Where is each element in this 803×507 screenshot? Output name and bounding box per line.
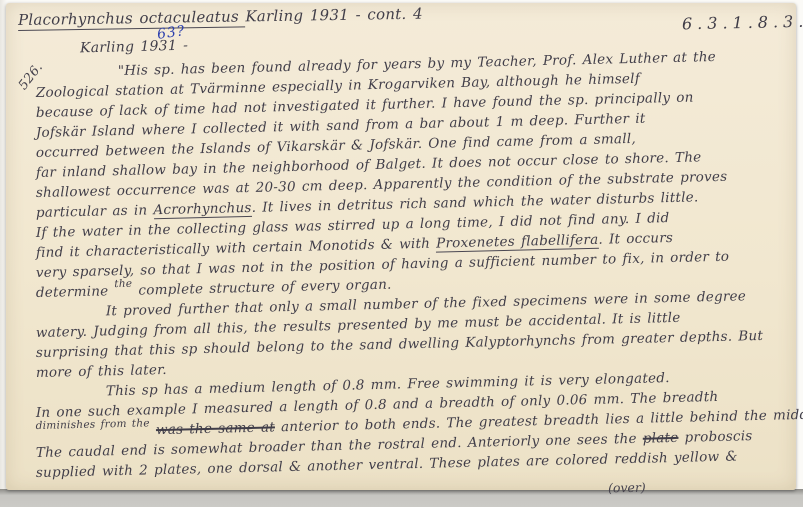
title-citation: Karling 1931 - cont. 4 bbox=[245, 5, 423, 26]
underlined-text: Proxenetes flabellifera bbox=[436, 232, 599, 253]
scanner-bottom-strip bbox=[0, 489, 803, 507]
handwritten-text: proboscis bbox=[678, 428, 752, 446]
handwritten-text: particular as in bbox=[36, 202, 154, 221]
struck-through-text: plate bbox=[643, 430, 679, 447]
inserted-text: the bbox=[114, 278, 132, 290]
handwritten-text: determine bbox=[36, 283, 115, 301]
citation-subtitle: Karling 1931 - bbox=[80, 38, 189, 57]
classification-number: 6.3.1.8.3. bbox=[682, 12, 803, 34]
transcript: "His sp. has been found already for year… bbox=[36, 65, 802, 485]
species-name: Placorhynchus octaculeatus bbox=[18, 7, 246, 31]
scanned-index-card-page: { "colors": { "card_background": "#f1e7c… bbox=[0, 0, 803, 507]
card-title: Placorhynchus octaculeatus Karling 1931 … bbox=[18, 5, 423, 29]
handwritten-text: more of this later. bbox=[36, 362, 167, 381]
underlined-text: Acrorhynchus bbox=[153, 200, 252, 219]
handwritten-text: . It occurs bbox=[598, 230, 673, 248]
inserted-text: diminishes from the bbox=[36, 417, 150, 432]
index-card: Placorhynchus octaculeatus Karling 1931 … bbox=[6, 3, 796, 490]
over-note: (over) bbox=[608, 480, 646, 496]
struck-through-text: was the same at bbox=[156, 419, 275, 438]
